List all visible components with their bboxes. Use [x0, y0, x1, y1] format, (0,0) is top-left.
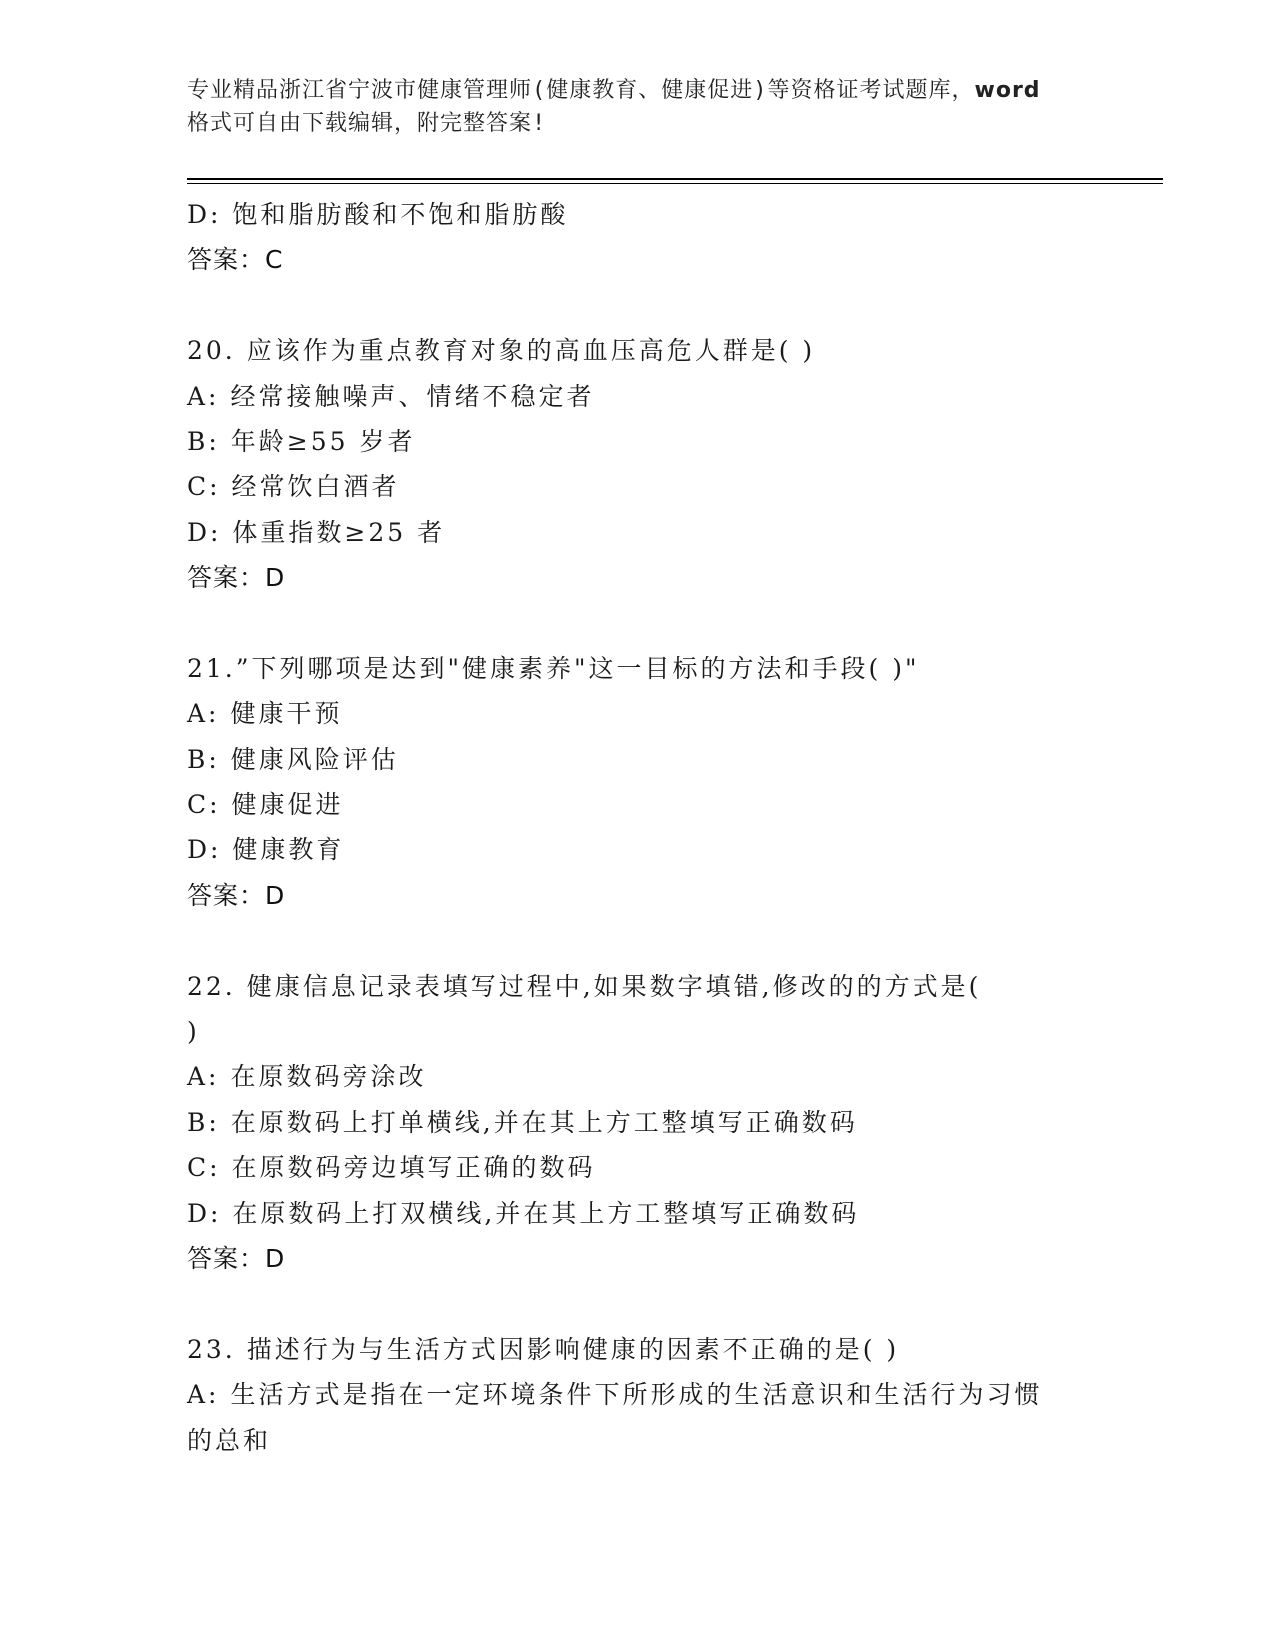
question-stem: 22. 健康信息记录表填写过程中,如果数字填错,修改的的方式是(: [187, 964, 1087, 1009]
header-rule-thin: [187, 183, 1163, 184]
spacer: [187, 601, 1087, 646]
option-d: D: 健康教育: [187, 827, 1087, 872]
question-stem: 20. 应该作为重点教育对象的高血压高危人群是( ): [187, 328, 1087, 373]
option-a: A: 健康干预: [187, 691, 1087, 736]
answer-line: 答案：D: [187, 873, 1087, 918]
answer-line: 答案：D: [187, 555, 1087, 600]
option-d: D: 体重指数≥25 者: [187, 510, 1087, 555]
option-b: B: 在原数码上打单横线,并在其上方工整填写正确数码: [187, 1100, 1087, 1145]
option-b: B: 健康风险评估: [187, 737, 1087, 782]
option-a: A: 经常接触噪声、情绪不稳定者: [187, 374, 1087, 419]
spacer: [187, 1281, 1087, 1326]
option-b: B: 年龄≥55 岁者: [187, 419, 1087, 464]
spacer: [187, 283, 1087, 328]
option-d: D: 在原数码上打双横线,并在其上方工整填写正确数码: [187, 1191, 1087, 1236]
header-line-1: 专业精品浙江省宁波市健康管理师(健康教育、健康促进)等资格证考试题库，word: [187, 74, 1087, 107]
question-content: D: 饱和脂肪酸和不饱和脂肪酸 答案：C 20. 应该作为重点教育对象的高血压高…: [187, 192, 1087, 1463]
option-a-continuation: 的总和: [187, 1418, 1087, 1463]
question-stem-continuation: ): [187, 1009, 1087, 1054]
option-a: A: 在原数码旁涂改: [187, 1054, 1087, 1099]
option-a: A: 生活方式是指在一定环境条件下所形成的生活意识和生活行为习惯: [187, 1372, 1087, 1417]
option-c: C: 在原数码旁边填写正确的数码: [187, 1145, 1087, 1190]
header-line-2: 格式可自由下载编辑，附完整答案!: [187, 107, 1087, 140]
option-c: C: 健康促进: [187, 782, 1087, 827]
option-c: C: 经常饮白酒者: [187, 464, 1087, 509]
answer-line: 答案：D: [187, 1236, 1087, 1281]
header-rule-thick: [187, 178, 1163, 180]
question-stem: 23. 描述行为与生活方式因影响健康的因素不正确的是( ): [187, 1327, 1087, 1372]
option-d: D: 饱和脂肪酸和不饱和脂肪酸: [187, 192, 1087, 237]
spacer: [187, 918, 1087, 963]
answer-line: 答案：C: [187, 237, 1087, 282]
header-word-label: word: [975, 78, 1041, 103]
question-stem: 21.”下列哪项是达到"健康素养"这一目标的方法和手段( )": [187, 646, 1087, 691]
document-header: 专业精品浙江省宁波市健康管理师(健康教育、健康促进)等资格证考试题库，word …: [187, 74, 1087, 140]
